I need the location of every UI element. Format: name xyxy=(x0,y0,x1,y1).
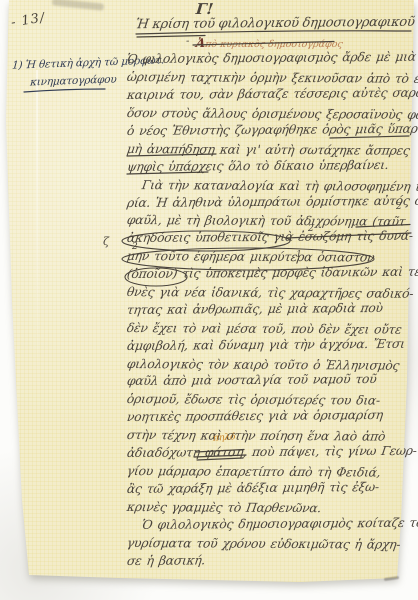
body-line: φαῦλ ἀπὸ μιὰ νοσταλγία τοῦ ναμοῦ τοῦ xyxy=(126,372,377,388)
body-line: (ὁποῖον) τὶς ὑποκειμὲς μορφὲς ἱδανικῶν κ… xyxy=(126,265,418,281)
body-line: Ὁ φιλολογικὸς δημοσιογραφισμὸς ἄρδε μὲ μ… xyxy=(126,50,417,66)
body-line: ρία. Ἡ ἀληθινὰ ὑλομπράτωι ὁρμίστηκε αὐτό… xyxy=(126,194,418,210)
correction-overword: πηλό xyxy=(213,432,236,444)
correction-number: 2 xyxy=(396,202,402,212)
subtitle-dash: - xyxy=(186,36,189,47)
body-line: ἀμφιβολή, καὶ δύναμη γιὰ τὴν ἀγχόνα. Ἔτσ… xyxy=(126,337,406,353)
section-header: Γ! xyxy=(195,0,214,18)
body-line: στὴν τέχνη καὶ στὴν ποίηση ἕνα λαὸ ἀπὸ xyxy=(126,428,386,444)
body-line: ὅσον στοὺς ἄλλους ὁρισμένους ξεροσαϊνοὺς… xyxy=(126,106,418,122)
body-line: μὴ ἀναπήδηση καὶ γι' αὐτὴ σωτάχηκε ἄσπρε… xyxy=(126,142,411,158)
body-line: Ὁ φιλολογικὸς δημοσιογραφισμὸς κοίταζε τ… xyxy=(126,516,418,532)
body-line: θνὲς γιὰ νέα ἰδανικά, τὶς χαραχτῆρες σαδ… xyxy=(126,285,414,301)
body-line: νοητικὲς προσπάθειες γιὰ νὰ ὁρισμαρίση xyxy=(126,408,384,424)
scan-background: - 13/ Γ! Ἡ κρίση τοῦ φιλολογικοῦ δημοσιο… xyxy=(0,0,418,600)
correction-number: 2 xyxy=(132,242,138,252)
struck-subtitle: Ἀπὸ κυριακὸς δημοσιογράφος xyxy=(195,36,344,50)
body-line: γίου μάρμαρο ἐπαρετίπτο ἀπὸ τὴ Φειδιά, xyxy=(126,464,382,480)
body-line: σε ἡ βασική. xyxy=(126,553,206,568)
body-line: κρινὲς γραμμὲς τὸ Παρθενῶνα. xyxy=(126,500,322,515)
body-line: ἂς τῶ χαράξη μὲ ἀδέξια μιμηθῆ τὶς ἐξω- xyxy=(126,480,380,496)
body-line: δὲν ἔχει τὸ ναὶ μέσα τοῦ, ποὺ δὲν ἔχει ο… xyxy=(126,321,403,337)
body-line: Γιὰ τὴν καταναλογία καὶ τὴ φιλοσοφημένη … xyxy=(126,178,418,194)
body-line: μην τοῦτο ἐφήμερα μικρύτερα ὁσιαστον xyxy=(126,249,375,265)
body-line: φιλολογικὸς τὸν καιρὸ τοῦτο ὁ Ἑλληνισμὸς xyxy=(126,357,400,373)
body-line: καιρινά του, σὰν βάσταζε τέσσερις αὐτὲς … xyxy=(126,86,418,102)
correction-number: 1 xyxy=(296,250,302,260)
body-line: ὁ νέος Ἐθνιστὴς ζωγραφήθηκε ὁρὸς μιᾶς ὕπ… xyxy=(126,122,418,138)
body-line: γυρίσματα τοῦ χρόνου εὐδοκιμῶτας ἡ ἄρχη- xyxy=(126,536,401,552)
margin-mark: ζ xyxy=(103,235,109,248)
body-line: φαῦλ, μὲ τὴ βιολογικὴ τοῦ ἀδιχρόνημα (τα… xyxy=(126,213,406,229)
body-line: ἀδιαδόχωτη φάτση, ποὺ πάψει, τὶς γίνω Γε… xyxy=(126,444,418,460)
document-title: Ἡ κρίση τοῦ φιλολογικοῦ δημοσιογραφικοῦ xyxy=(135,15,416,32)
body-line: ψηφὶς ὑπάρχεις ὅλο τὸ δίκαιο ὑπερβαίνει. xyxy=(126,158,389,174)
body-line: ὁρισμοῦ, ἔδωσε τὶς ὁρισμότερές του δια- xyxy=(126,392,381,408)
body-line: τητας καὶ ἀνθρωπιᾶς, μὲ μιὰ καρδιὰ ποὺ xyxy=(126,301,384,317)
body-line: ἀκηδόσεις ὑποθετικοῖς γιὰ ἐσωζόμη τὶς δυ… xyxy=(126,229,414,245)
body-line: ὡρισμένη ταχτικὴν ὁρμὴν ξεκινοῦσαν ἀπὸ τ… xyxy=(126,70,418,86)
correction-number: 2 xyxy=(308,224,314,234)
